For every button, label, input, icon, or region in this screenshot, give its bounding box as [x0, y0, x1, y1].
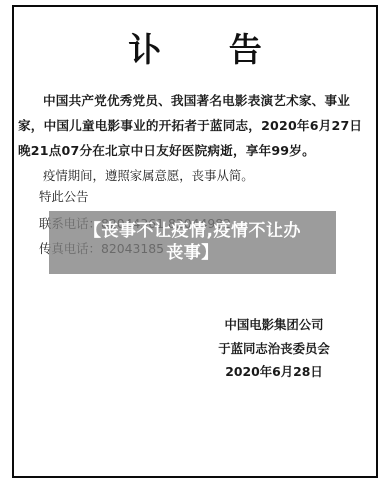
announcement-text: 特此公告: [39, 187, 89, 205]
body-line-3: 晚21点07分在北京中日友好医院病逝，享年99岁。: [18, 138, 374, 163]
signature-org: 中国电影集团公司: [204, 313, 344, 337]
banner-line-1: 【丧事不让疫情,疫情不让办: [49, 220, 336, 242]
arrangement-text: 疫情期间，遵照家属意愿，丧事从简。: [43, 166, 254, 184]
signature-date: 2020年6月28日: [204, 360, 344, 384]
headline-banner: 【丧事不让疫情,疫情不让办 丧事】: [49, 211, 336, 274]
signature-block: 中国电影集团公司 于蓝同志治丧委员会 2020年6月28日: [204, 313, 344, 384]
notice-title: 讣 告: [14, 24, 376, 71]
body-line-1: 中国共产党优秀党员、我国著名电影表演艺术家、事业: [18, 88, 374, 113]
notice-body: 中国共产党优秀党员、我国著名电影表演艺术家、事业 家，中国儿童电影事业的开拓者于…: [18, 88, 374, 163]
signature-committee: 于蓝同志治丧委员会: [204, 337, 344, 361]
banner-line-2: 丧事】: [49, 242, 336, 264]
body-line-2: 家，中国儿童电影事业的开拓者于蓝同志，2020年6月27日: [18, 113, 374, 138]
